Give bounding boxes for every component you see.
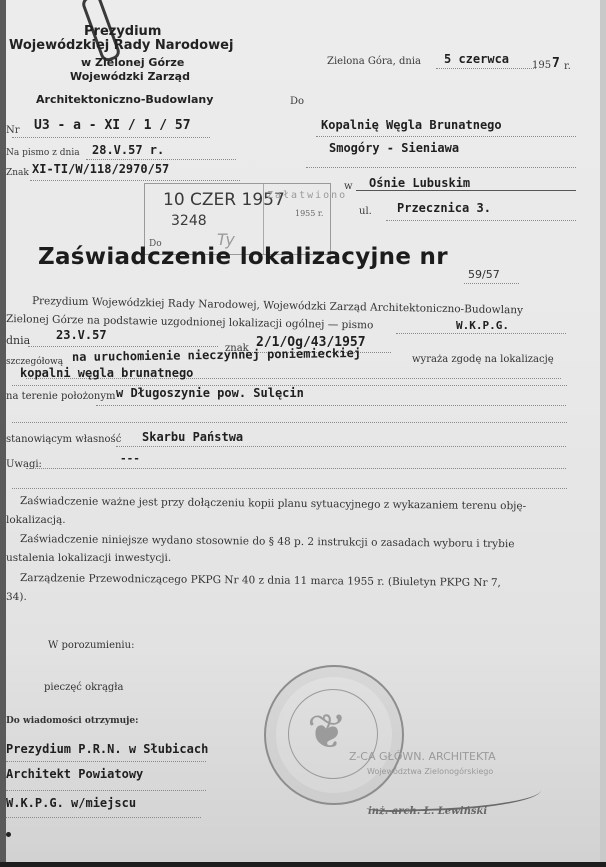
- stamp-settled-label: Załatwiono: [267, 190, 347, 201]
- scan-bottom-edge: [0, 862, 606, 867]
- paragraph-3-line-1: Zarządzenie Przewodniczącego PKPG Nr 40 …: [20, 572, 501, 589]
- street-label: ul.: [359, 206, 372, 217]
- document-title: Zaświadczenie lokalizacyjne nr: [38, 244, 448, 270]
- document-page: Prezydium Wojewódzkiej Rady Narodowej w …: [6, 0, 600, 862]
- owner-value: Skarbu Państwa: [142, 430, 243, 444]
- signer-role-line-2: Województwa Zielonogórskiego: [367, 767, 493, 776]
- signer-role-line-1: Z-CA GŁÓWN. ARCHITEKTA: [349, 750, 496, 763]
- recipient-street: Przecznica 3.: [397, 201, 491, 215]
- seal-label: pieczęć okrągła: [44, 682, 124, 693]
- cc-item-2: Architekt Powiatowy: [6, 767, 143, 781]
- issuer-line-5: Architektoniczno-Budowlany: [36, 93, 213, 106]
- cc-label: Do wiadomości otrzymuje:: [6, 716, 138, 726]
- place-date-prefix: Zielona Góra, dnia: [327, 56, 421, 67]
- paragraph-2-line-1: Zaświadczenie niniejsze wydano stosownie…: [20, 533, 515, 550]
- issuer-line-2: Wojewódzkiej Rady Narodowej: [9, 38, 233, 53]
- notes-value: ---: [120, 452, 140, 465]
- paragraph-1-line-1: Zaświadczenie ważne jest przy dołączeniu…: [20, 495, 526, 512]
- date-suffix: r.: [564, 61, 571, 72]
- site-value: w Długoszynie pow. Sulęcin: [116, 386, 304, 400]
- ref-label: Nr: [6, 125, 20, 136]
- paragraph-1-line-2: lokalizacją.: [6, 514, 66, 526]
- date-label: dnia: [6, 334, 30, 347]
- issuer-line-3: w Zielonej Górze: [81, 56, 184, 69]
- issuer-line-4: Wojewódzki Zarząd: [70, 70, 190, 83]
- letter-date: 23.V.57: [56, 328, 107, 342]
- date-year-suffix: 7: [552, 56, 560, 71]
- signer-name: inż. arch. L. Lewiński: [368, 806, 487, 817]
- reply-date: 28.V.57 r.: [92, 143, 164, 157]
- sign-number: XI-TI/W/118/2970/57: [32, 162, 169, 176]
- date-day-month: 5 czerwca: [444, 52, 509, 66]
- date-year-prefix: 195: [532, 60, 551, 71]
- scan-right-edge: [600, 0, 606, 867]
- issuer-line-1: Prezydium: [84, 24, 161, 39]
- purpose-line-1: na uruchomienie nieczynnej poniemieckiej: [72, 346, 361, 364]
- title-text: Zaświadczenie lokalizacyjne nr: [38, 244, 448, 270]
- purpose-line-2: kopalni węgla brunatnego: [20, 366, 193, 380]
- sign-label: Znak: [6, 168, 29, 178]
- recipient-line-2: Smogóry - Sieniawa: [329, 141, 459, 155]
- certificate-number: 59/57: [468, 268, 500, 281]
- eagle-emblem-icon: ❦: [307, 704, 347, 760]
- owner-label: stanowiącym własność: [6, 434, 121, 445]
- reply-label: Na pismo z dnia: [6, 148, 80, 158]
- intro-line-1: Prezydium Wojewódzkiej Rady Narodowej, W…: [32, 295, 523, 316]
- agreement-label: W porozumieniu:: [48, 640, 134, 651]
- site-label: na terenie położonym: [6, 391, 116, 402]
- consent-text: wyraża zgodę na lokalizację: [412, 354, 554, 365]
- letter-from: W.K.P.G.: [456, 319, 509, 332]
- cc-item-3: W.K.P.G. w/miejscu: [6, 796, 136, 810]
- paragraph-3-line-2: 34).: [6, 591, 27, 603]
- stamp-settled-year: 1955 r.: [295, 209, 323, 218]
- paragraph-2-line-2: ustalenia lokalizacji inwestycji.: [6, 552, 171, 564]
- recipient-line-3: Ośnie Lubuskim: [369, 176, 470, 190]
- cc-end-mark: [6, 832, 11, 837]
- cc-item-1: Prezydium P.R.N. w Słubicach: [6, 742, 208, 756]
- stamp-number: 3248: [171, 213, 207, 229]
- recipient-line-1: Kopalnię Węgla Brunatnego: [321, 118, 502, 132]
- to-label: Do: [290, 96, 304, 107]
- ref-number: U3 - a - XI / 1 / 57: [34, 118, 191, 133]
